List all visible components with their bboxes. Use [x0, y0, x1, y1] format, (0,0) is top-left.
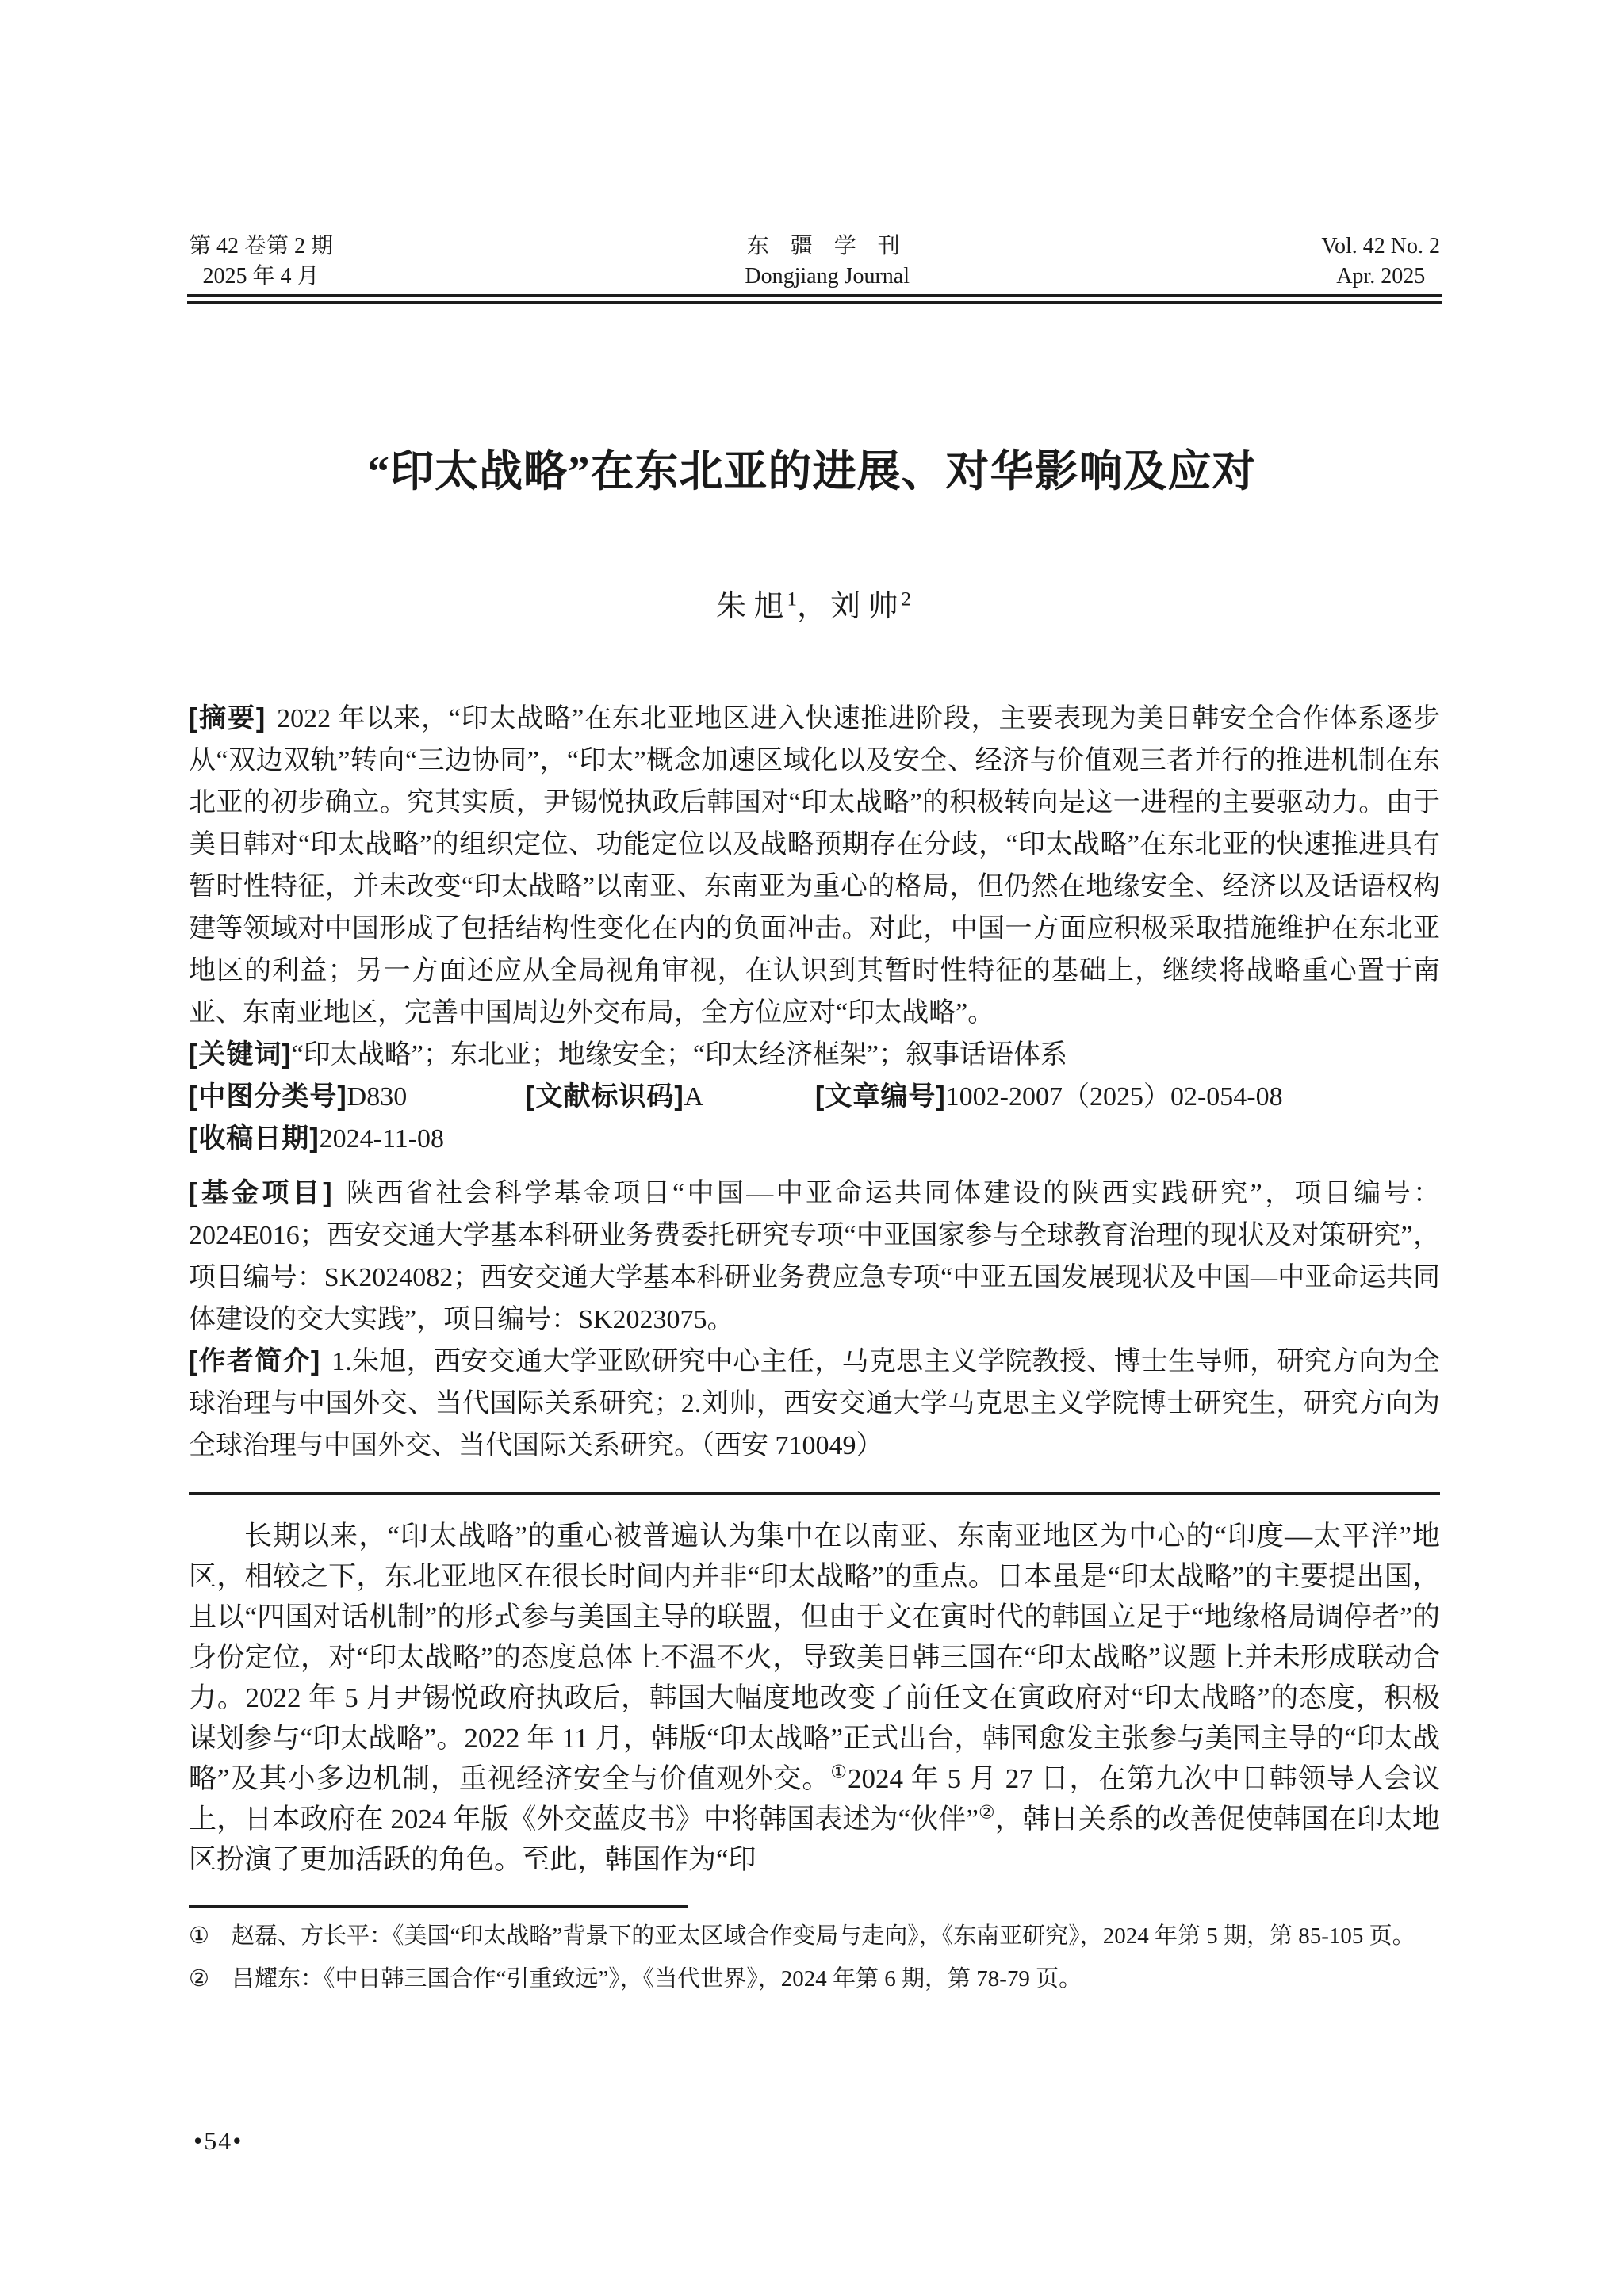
header-volume-issue-en: Vol. 42 No. 2 Apr. 2025 [1321, 232, 1440, 292]
volume-issue-cn: 第 42 卷第 2 期 [189, 232, 333, 262]
date-en: Apr. 2025 [1321, 262, 1440, 292]
footnote-1: ①赵磊、方长平：《美国“印太战略”背景下的亚太区域合作变局与走向》，《东南亚研究… [189, 1919, 1440, 1953]
clc-field: [中图分类号]D830 [189, 1076, 526, 1118]
author-2-affiliation-sup: 2 [902, 588, 912, 610]
footnote-separator-rule [189, 1905, 688, 1908]
footnote-ref-2: ② [979, 1802, 995, 1822]
journal-name-en: Dongjiang Journal [745, 262, 910, 292]
header-volume-issue-cn: 第 42 卷第 2 期 2025 年 4 月 [189, 232, 333, 292]
clc-value: D830 [347, 1082, 408, 1112]
author-1-name: 朱 旭 [716, 590, 784, 623]
received-date-value: 2024-11-08 [320, 1124, 444, 1154]
journal-page: 第 42 卷第 2 期 2025 年 4 月 东 疆 学 刊 Dongjiang… [0, 0, 1624, 2296]
footnote-ref-1: ① [830, 1762, 848, 1781]
date-cn: 2025 年 4 月 [189, 262, 333, 292]
author-bio-text: 1.朱旭，西安交通大学亚欧研究中心主任，马克思主义学院教授、博士生导师，研究方向… [189, 1347, 1440, 1460]
doc-code-value: A [684, 1082, 704, 1112]
footnote-2-text: 吕耀东：《中日韩三国合作“引重致远”》，《当代世界》，2024 年第 6 期，第… [232, 1966, 1082, 1992]
abstract-paragraph: [摘要]2022 年以来，“印太战略”在东北亚地区进入快速推进阶段，主要表现为美… [189, 698, 1440, 1034]
keywords-paragraph: [关键词]“印太战略”；东北亚；地缘安全；“印太经济框架”；叙事话语体系 [189, 1034, 1440, 1076]
volume-issue-en: Vol. 42 No. 2 [1321, 232, 1440, 262]
clc-label: [中图分类号] [189, 1081, 347, 1112]
footnote-2: ②吕耀东：《中日韩三国合作“引重致远”》，《当代世界》，2024 年第 6 期，… [189, 1962, 1440, 1996]
footnote-1-marker: ① [189, 1923, 209, 1949]
article-title: “印太战略”在东北亚的进展、对华影响及应对 [0, 436, 1624, 499]
doc-code-label: [文献标识码] [526, 1081, 684, 1112]
fund-text: 陕西省社会科学基金项目“中国—中亚命运共同体建设的陕西实践研究”，项目编号：20… [189, 1179, 1440, 1334]
article-id-field: [文章编号]1002-2007（2025）02-054-08 [815, 1076, 1440, 1118]
footnote-2-marker: ② [189, 1966, 209, 1992]
abstract-text: 2022 年以来，“印太战略”在东北亚地区进入快速推进阶段，主要表现为美日韩安全… [189, 704, 1440, 1027]
fund-paragraph: [基金项目]陕西省社会科学基金项目“中国—中亚命运共同体建设的陕西实践研究”，项… [189, 1173, 1440, 1341]
keywords-label: [关键词] [189, 1039, 292, 1070]
footnote-1-text: 赵磊、方长平：《美国“印太战略”背景下的亚太区域合作变局与走向》，《东南亚研究》… [232, 1923, 1415, 1949]
received-date-line: [收稿日期]2024-11-08 [189, 1118, 1440, 1160]
article-id-label: [文章编号] [815, 1081, 946, 1112]
body-text-1: 长期以来，“印太战略”的重心被普遍认为集中在以南亚、东南亚地区为中心的“印度—太… [189, 1521, 1440, 1794]
header-double-rule [187, 294, 1442, 304]
main-column: [摘要]2022 年以来，“印太战略”在东北亚地区进入快速推进阶段，主要表现为美… [189, 698, 1440, 1996]
author-bio-paragraph: [作者简介]1.朱旭，西安交通大学亚欧研究中心主任，马克思主义学院教授、博士生导… [189, 1341, 1440, 1467]
author-1-affiliation-sup: 1 [787, 588, 797, 610]
received-date-label: [收稿日期] [189, 1123, 320, 1154]
article-id-value: 1002-2007（2025）02-054-08 [946, 1082, 1283, 1112]
authors-separator: ， [797, 590, 827, 623]
journal-name-cn: 东 疆 学 刊 [745, 232, 910, 262]
author-2-name: 刘 帅 [830, 590, 898, 623]
fund-label: [基金项目] [189, 1178, 333, 1208]
classification-line: [中图分类号]D830 [文献标识码]A [文章编号]1002-2007（202… [189, 1076, 1440, 1118]
journal-header: 第 42 卷第 2 期 2025 年 4 月 东 疆 学 刊 Dongjiang… [189, 232, 1440, 292]
body-paragraph: 长期以来，“印太战略”的重心被普遍认为集中在以南亚、东南亚地区为中心的“印度—太… [189, 1516, 1440, 1880]
frontmatter-body-divider [189, 1492, 1440, 1495]
page-number: •54• [193, 2126, 243, 2156]
header-journal-name: 东 疆 学 刊 Dongjiang Journal [745, 232, 910, 292]
doc-code-field: [文献标识码]A [526, 1076, 815, 1118]
authors-line: 朱 旭1，刘 帅2 [0, 581, 1624, 625]
author-bio-label: [作者简介] [189, 1346, 320, 1376]
keywords-text: “印太战略”；东北亚；地缘安全；“印太经济框架”；叙事话语体系 [292, 1040, 1067, 1070]
abstract-label: [摘要] [189, 703, 266, 733]
